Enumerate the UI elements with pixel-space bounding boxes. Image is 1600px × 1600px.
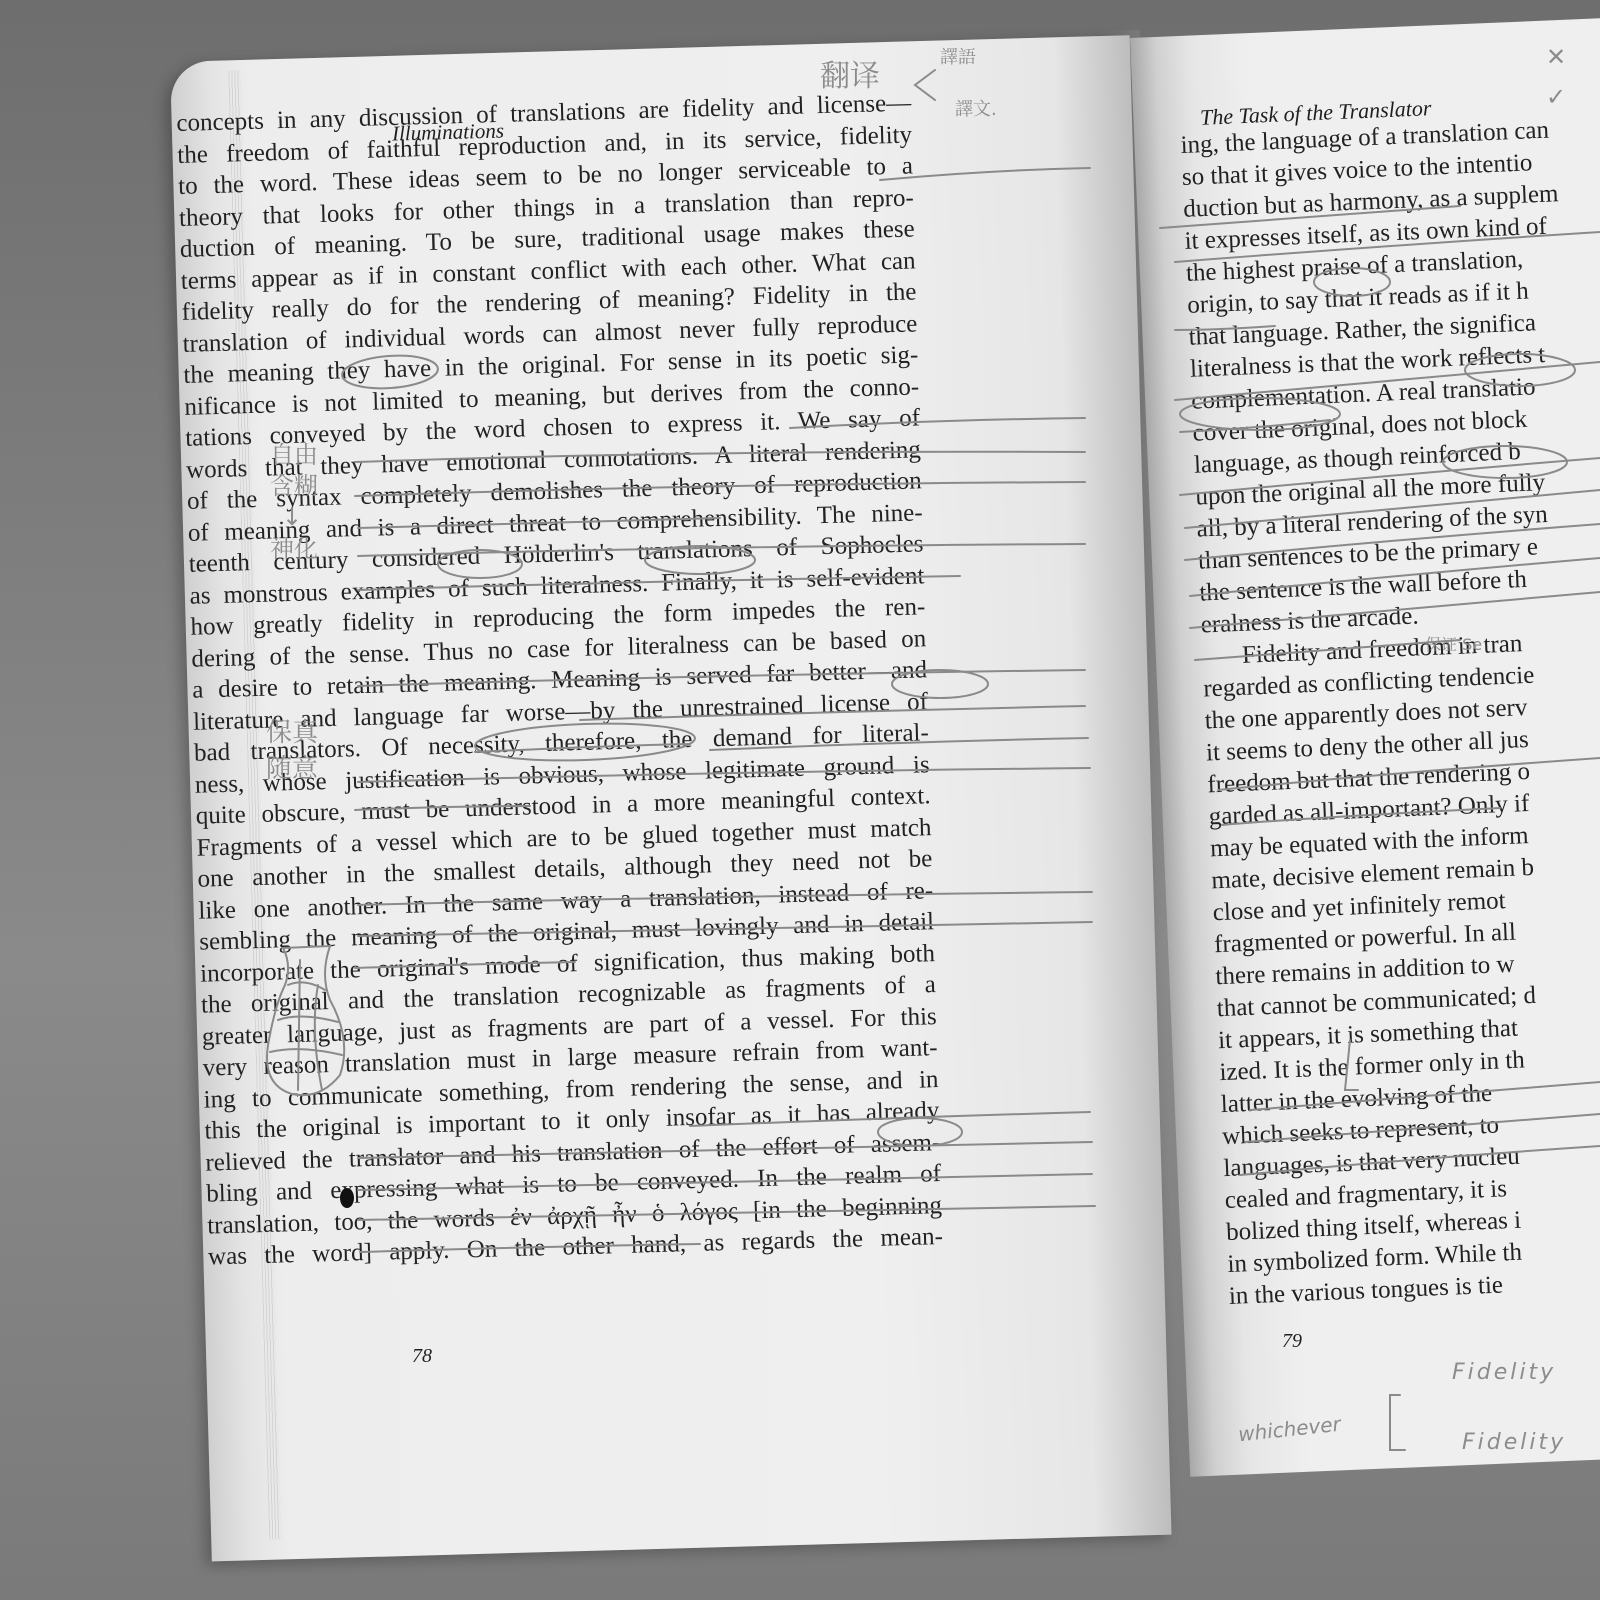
pencil-note-branch-1: 譯語 — [940, 48, 976, 69]
right-page-number: 79 — [1282, 1330, 1302, 1353]
margin-note-1-line: 神化 — [270, 534, 318, 565]
pencil-margin-note-1: 自由 含糊 ↓ 神化 — [270, 440, 318, 565]
margin-note-2-line: 随意 — [266, 751, 318, 787]
margin-note-1-line: 自由 — [270, 440, 318, 471]
pencil-margin-note-2: 保真 随意 — [266, 715, 318, 788]
margin-note-1-line: 含糊 — [270, 471, 318, 502]
margin-note-1-arrow: ↓ — [270, 502, 318, 533]
left-page-number: 78 — [412, 1345, 432, 1368]
pencil-x-mark-icon: ✕ — [1546, 44, 1566, 72]
pencil-note-fidelity-1: Fidelity — [1452, 1360, 1556, 1385]
pencil-note-arcade: 保证 Se — [1425, 636, 1482, 654]
pencil-note-branch-2: 譯文. — [955, 100, 997, 121]
pencil-note-translation: 翻译 — [820, 60, 880, 95]
left-page-body: concepts in any discussion of translatio… — [176, 87, 943, 1273]
margin-note-2-line: 保真 — [266, 715, 318, 751]
book-scan: Illuminations The Task of the Translator… — [0, 0, 1600, 1600]
ink-dot-mark — [340, 1188, 354, 1208]
pencil-check-mark-icon: ✓ — [1546, 84, 1566, 112]
right-page-body: ing, the language of a translation canso… — [1180, 112, 1600, 1313]
pencil-note-fidelity-2: Fidelity — [1462, 1430, 1566, 1455]
